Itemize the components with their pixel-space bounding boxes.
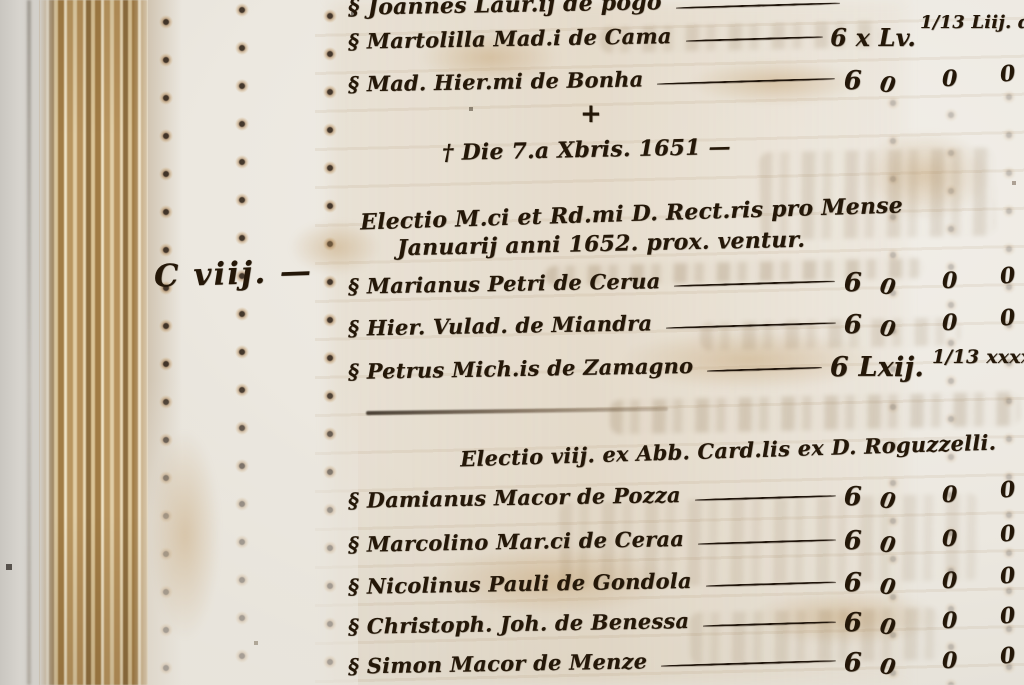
entry-zero: 0 (878, 315, 897, 343)
entry-zero: 0 (878, 613, 897, 641)
entry-zero: 0 (942, 526, 958, 552)
entry-rule-line (657, 78, 835, 85)
entry-zero: 0 (942, 268, 958, 294)
entry-zero: 0 (942, 608, 958, 634)
entry-name: § Hier. Vulad. de Miandra (348, 310, 653, 340)
show-through-dot-column (1000, 85, 1018, 685)
entry-annotation: 1/13 xxxxv d (932, 346, 1024, 368)
entry-name: § Petrus Mich.is de Zamagno (348, 353, 694, 384)
entry-zero: 0 (999, 262, 1017, 289)
entry-row: § Martolilla Mad.i de Cama 6 x Lv. 1/13 … (348, 26, 916, 51)
entry-row: § Petrus Mich.is de Zamagno 6 Lxij. 1/13… (348, 354, 924, 381)
underlying-page-edge (27, 0, 31, 685)
entry-zero: 0 (878, 273, 897, 301)
entry-amount: 6 (844, 610, 862, 636)
entry-zero: 0 (878, 71, 897, 99)
entry-zero: 0 (999, 642, 1017, 669)
entry-name: § Joannes Laur.ij de pogo (348, 0, 662, 21)
entry-row: § Christoph. Joh. de Benessa 6 0 0 0 (348, 610, 862, 636)
entry-amount: 6 (844, 312, 862, 338)
entry-rule-line (674, 280, 835, 287)
entry-zero: 0 (942, 310, 958, 336)
entry-name: § Christoph. Joh. de Benessa (348, 608, 690, 639)
entry-zero: 0 (942, 568, 958, 594)
entry-name: § Marianus Petri de Cerua (348, 268, 661, 298)
entry-rule-line (706, 581, 836, 587)
binding-fade (40, 0, 156, 685)
entry-rule-line (676, 2, 840, 9)
entry-rule-line (666, 322, 836, 329)
entry-zero: 0 (999, 562, 1017, 589)
entry-zero: 0 (942, 648, 958, 674)
entry-row: § Nicolinus Pauli de Gondola 6 0 0 0 (348, 570, 862, 596)
entry-rule-line (695, 495, 836, 501)
ink-specks (0, 0, 2, 2)
entry-amount: 6 (844, 270, 862, 296)
entry-zero: 0 (878, 653, 897, 681)
entry-amount: 6 Lxij. (830, 354, 924, 381)
entry-rule-line (703, 621, 836, 627)
entry-zero: 0 (942, 66, 958, 92)
margin-folio-note: C viij. — (153, 253, 313, 295)
entry-amount: 6 (844, 528, 862, 554)
entry-rule-line (661, 660, 835, 667)
entry-zero: 0 (942, 482, 958, 508)
entry-rule-line (686, 36, 823, 42)
entry-zero: 0 (999, 304, 1017, 331)
entry-name: § Simon Macor de Menze (348, 648, 648, 678)
entry-row: § Marcolino Mar.ci de Ceraa 6 0 0 0 (348, 528, 862, 554)
entry-row: § Simon Macor de Menze 6 0 0 0 (348, 650, 862, 676)
entry-name: § Damianus Macor de Pozza (348, 482, 681, 513)
entry-annotation: 1/13 Liij. d v. (920, 12, 1024, 33)
entry-row: § Joannes Laur.ij de pogo (348, 0, 848, 18)
entry-amount: 6 (844, 650, 862, 676)
entry-zero: 0 (999, 602, 1017, 629)
entry-name: § Martolilla Mad.i de Cama (348, 23, 672, 54)
entry-row: § Hier. Vulad. de Miandra 6 0 0 0 (348, 312, 862, 338)
entry-row: § Damianus Macor de Pozza 6 0 0 0 (348, 484, 862, 510)
entry-zero: 0 (999, 520, 1017, 547)
entry-amount: 6 (844, 68, 862, 94)
entry-amount: 6 (844, 484, 862, 510)
entry-zero: 0 (878, 531, 897, 559)
entry-rule-line (698, 539, 836, 545)
cross-mark: + (580, 99, 602, 129)
entry-zero: 0 (878, 573, 897, 601)
entry-rule-line (707, 367, 822, 372)
entry-zero: 0 (999, 476, 1017, 503)
entry-zero: 0 (878, 487, 897, 515)
entry-amount: 6 x Lv. (830, 26, 916, 50)
entry-name: § Marcolino Mar.ci de Ceraa (348, 526, 684, 557)
entry-row: § Mad. Hier.mi de Bonha 6 0 0 0 (348, 68, 862, 94)
entry-zero: 0 (999, 60, 1017, 87)
entry-row: § Marianus Petri de Cerua 6 0 0 0 (348, 270, 862, 296)
paper-stain (150, 430, 220, 640)
entry-name: § Nicolinus Pauli de Gondola (348, 568, 692, 599)
entry-amount: 6 (844, 570, 862, 596)
entry-name: § Mad. Hier.mi de Bonha (348, 66, 644, 96)
